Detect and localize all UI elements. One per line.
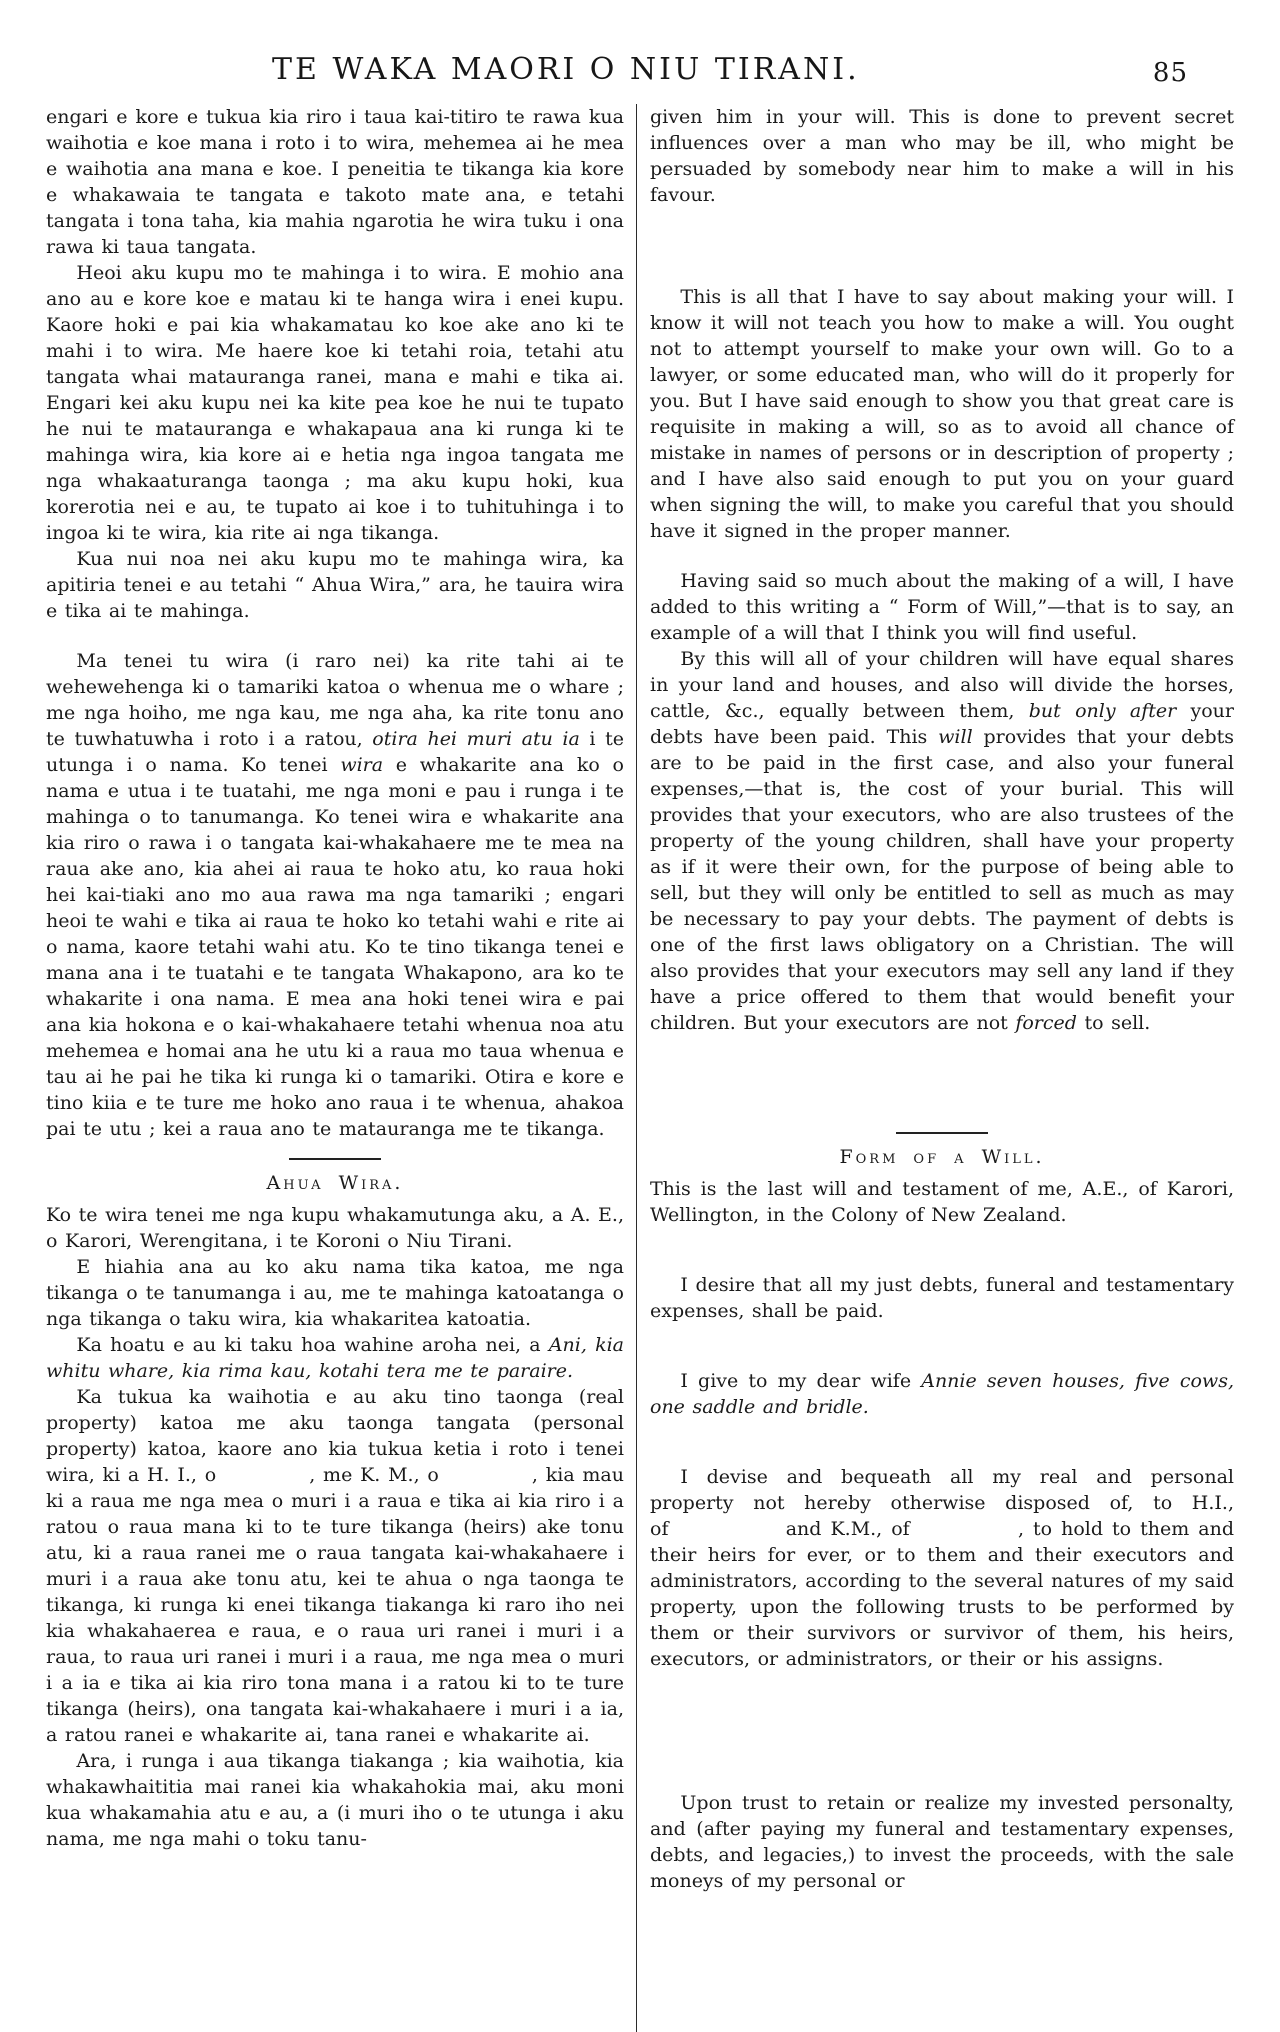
section-heading: Ahua Wira. [46, 1172, 624, 1194]
paragraph: Ka hoatu e au ki taku hoa wahine aroha n… [46, 1332, 624, 1384]
paragraph: This is the last will and testament of m… [650, 1176, 1234, 1228]
paragraph: Ara, i runga i aua tikanga tiakanga ; ki… [46, 1748, 624, 1852]
section-divider-rule [289, 1158, 381, 1160]
column-divider [636, 104, 637, 2032]
paragraph: By this will all of your children will h… [650, 646, 1234, 1036]
paragraph: I devise and bequeath all my real and pe… [650, 1464, 1234, 1672]
paragraph: I desire that all my just debts, funeral… [650, 1272, 1234, 1324]
right-column-english: given him in your will. This is done to … [650, 104, 1234, 2032]
newspaper-page: TE WAKA MAORI O NIU TIRANI. 85 engari e … [0, 0, 1280, 2032]
paragraph: This is all that I have to say about mak… [650, 284, 1234, 544]
section-divider-rule [896, 1132, 988, 1134]
paragraph: Upon trust to retain or realize my inves… [650, 1790, 1234, 1894]
paragraph: Kua nui noa nei aku kupu mo te mahinga w… [46, 546, 624, 624]
two-column-layout: engari e kore e tukua kia riro i taua ka… [0, 104, 1280, 2032]
paragraph: Ma tenei tu wira (i raro nei) ka rite ta… [46, 648, 624, 1142]
section-heading: Form of a Will. [650, 1146, 1234, 1168]
paragraph: Ko te wira tenei me nga kupu whakamutung… [46, 1202, 624, 1254]
paragraph: E hiahia ana au ko aku nama tika katoa, … [46, 1254, 624, 1332]
paragraph: Heoi aku kupu mo te mahinga i to wira. E… [46, 260, 624, 546]
page-number: 85 [1153, 58, 1188, 88]
page-title: TE WAKA MAORI O NIU TIRANI. [272, 52, 860, 87]
paragraph: I give to my dear wife Annie seven house… [650, 1368, 1234, 1420]
left-column-maori: engari e kore e tukua kia riro i taua ka… [46, 104, 624, 2032]
paragraph: engari e kore e tukua kia riro i taua ka… [46, 104, 624, 260]
paragraph: Having said so much about the making of … [650, 568, 1234, 646]
paragraph: Ka tukua ka waihotia e au aku tino taong… [46, 1384, 624, 1748]
paragraph: given him in your will. This is done to … [650, 104, 1234, 208]
